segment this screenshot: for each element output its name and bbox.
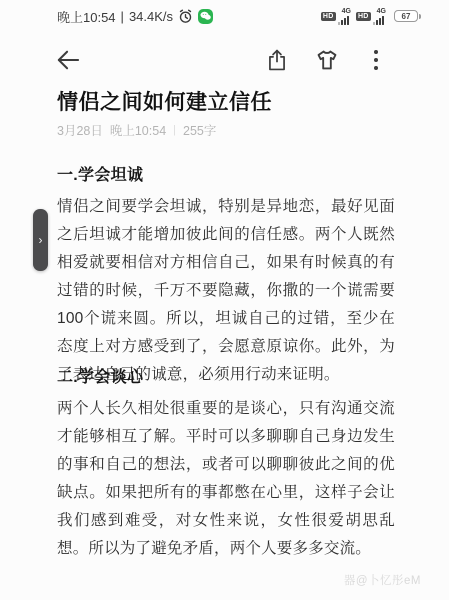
arrow-left-icon — [55, 49, 81, 71]
more-menu-button[interactable] — [362, 46, 390, 74]
note-date: 3月28日 — [57, 121, 103, 139]
share-button[interactable] — [263, 46, 291, 74]
section-body-1: 情侣之间要学会坦诚，特别是异地恋，最好见面之后坦诚才能增加彼此间的信任感。两个人… — [57, 193, 395, 389]
alarm-clock-icon — [178, 9, 193, 24]
note-meta: 3月28日 晚上10:54 | 255字 — [57, 121, 216, 139]
kebab-menu-icon — [373, 49, 379, 71]
note-title: 情侣之间如何建立信任 — [57, 86, 402, 116]
meta-divider: | — [173, 124, 176, 136]
sim1-status: HD 4G — [321, 8, 351, 25]
clock-time: 晚上10:54 — [57, 7, 116, 26]
nav-bar — [0, 42, 449, 78]
signal-strength-icon: 4G — [373, 8, 386, 25]
section-heading-1: 一.学会坦诚 — [57, 162, 397, 185]
note-word-count: 255字 — [183, 121, 216, 139]
network-speed: 34.4K/s — [129, 9, 173, 24]
share-icon — [266, 48, 288, 72]
hd-badge-icon: HD — [321, 12, 336, 21]
section-body-2: 两个人长久相处很重要的是谈心，只有沟通交流才能够相互了解。平时可以多聊聊自己身边… — [57, 395, 395, 563]
status-left: 晚上10:54 | 34.4K/s — [57, 7, 213, 26]
battery-level: 67 — [394, 10, 418, 22]
wechat-icon — [198, 9, 213, 24]
note-time: 晚上10:54 — [110, 121, 166, 139]
sim2-status: HD 4G — [356, 8, 386, 25]
signal-strength-icon: 4G — [338, 8, 351, 25]
tshirt-icon — [315, 49, 339, 71]
status-right: HD 4G HD 4G 67 — [321, 8, 421, 25]
side-panel-handle[interactable]: › — [33, 209, 48, 271]
theme-button[interactable] — [313, 46, 341, 74]
battery-icon: 67 — [394, 10, 421, 22]
hd-badge-icon: HD — [356, 12, 371, 21]
status-bar: 晚上10:54 | 34.4K/s HD 4G — [0, 6, 449, 26]
watermark: 器@卜忆彤eM — [344, 572, 421, 588]
chevron-right-icon: › — [39, 233, 43, 247]
back-button[interactable] — [54, 46, 82, 74]
section-heading-2: 二.学会谈心 — [57, 364, 397, 387]
status-separator: | — [121, 9, 124, 24]
